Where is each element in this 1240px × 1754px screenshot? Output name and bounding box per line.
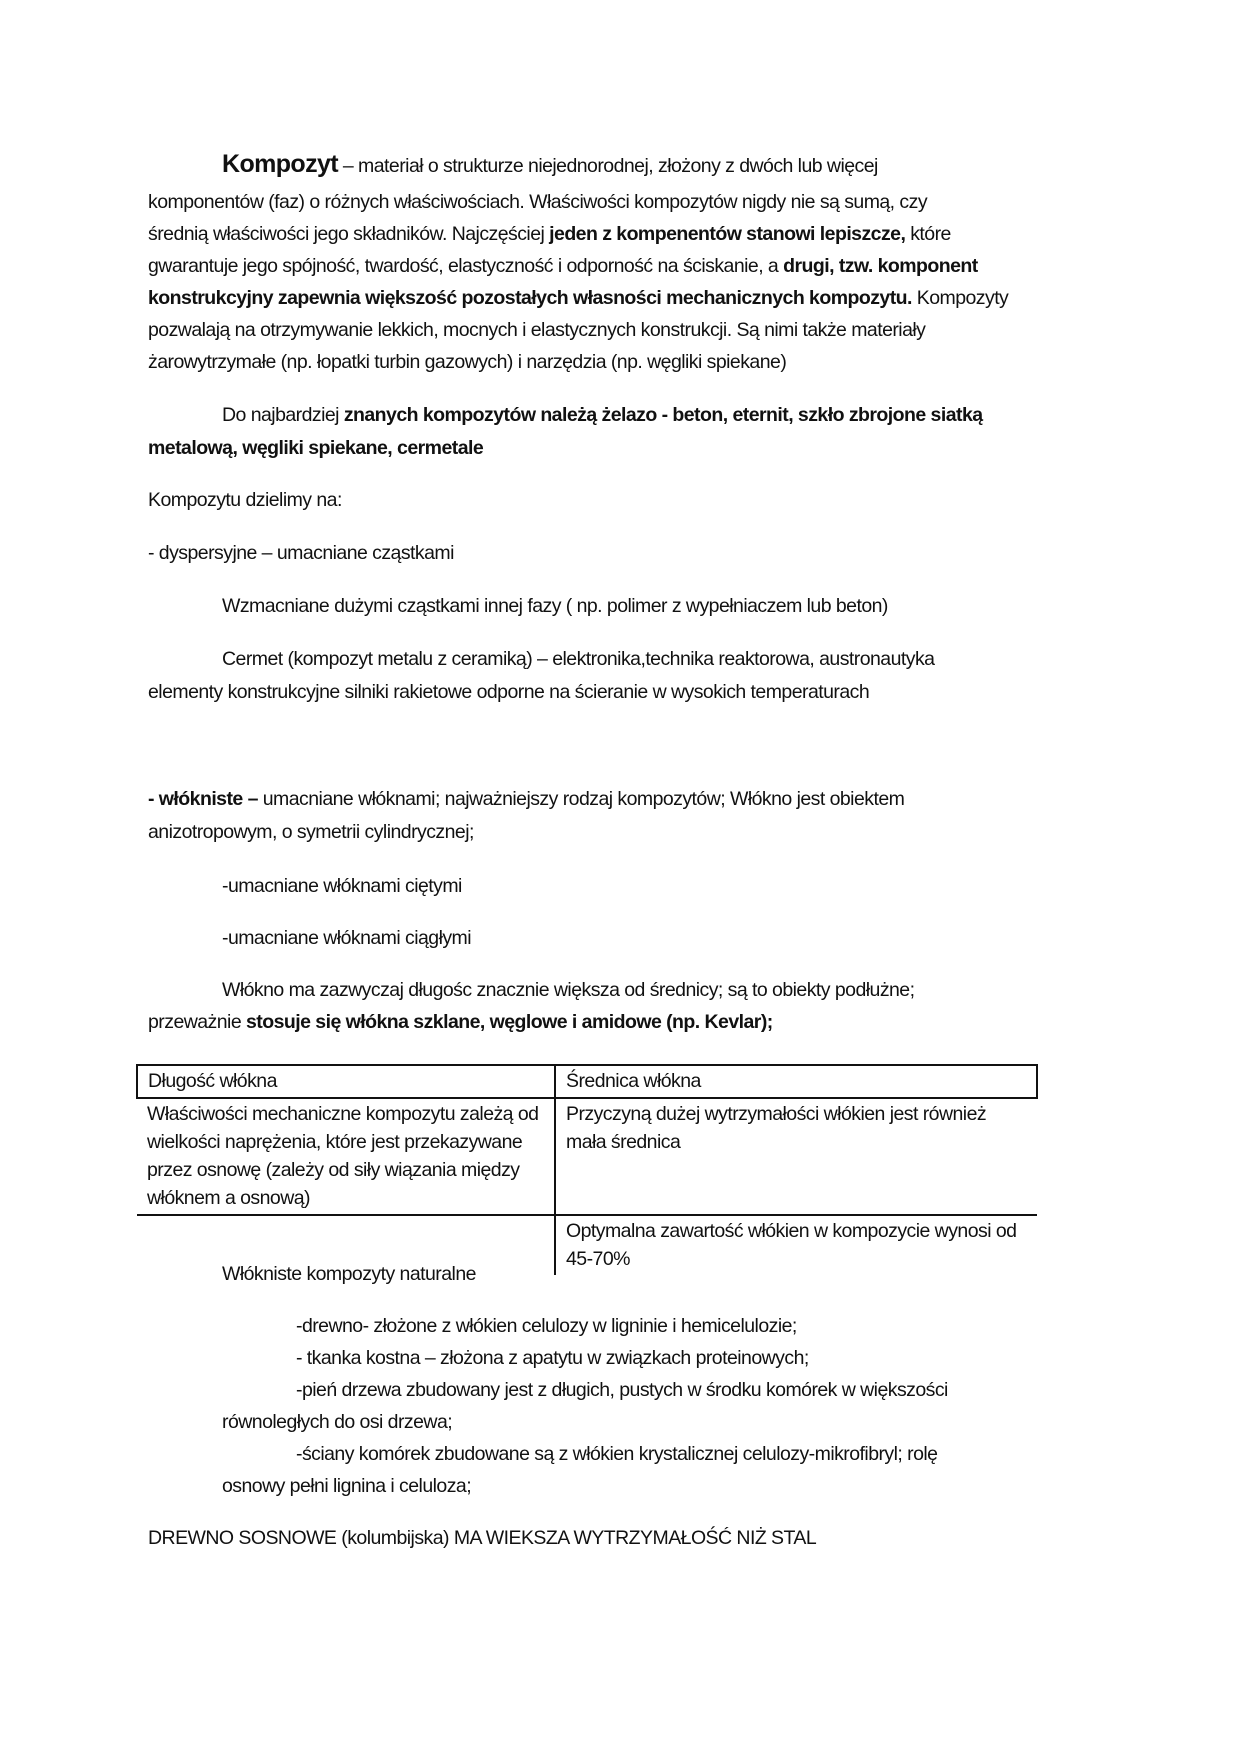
table-header-row: Długość włókna Średnica włókna [137, 1065, 1037, 1098]
natural-item-2: - tkanka kostna – złożona z apatytu w zw… [296, 1346, 809, 1370]
dispersive-p1: Wzmacniane dużymi cząstkami innej fazy (… [222, 594, 888, 618]
intro-line-7: żarowytrzymałe (np. łopatki turbin gazow… [148, 350, 786, 374]
table-cell: Właściwości mechaniczne kompozytu zależą… [137, 1098, 555, 1215]
intro-line-5: konstrukcyjny zapewnia większość pozosta… [148, 286, 1008, 310]
natural-item-3b: równoległych do osi drzewa; [222, 1410, 452, 1434]
dispersive-p2b: elementy konstrukcyjne silniki rakietowe… [148, 680, 869, 704]
table-cell: Przyczyną dużej wytrzymałości włókien je… [555, 1098, 1037, 1215]
fibrous-p1: Włókno ma zazwyczaj długośc znacznie wię… [222, 978, 914, 1002]
intro-line-4: gwarantuje jego spójność, twardość, elas… [148, 254, 978, 278]
known-line-2: metalową, węgliki spiekane, cermetale [148, 436, 483, 460]
fibrous-sub-1: -umacniane włóknami ciętymi [222, 874, 462, 898]
dispersive-heading: - dyspersyjne – umacniane cząstkami [148, 541, 454, 565]
term-heading: Kompozyt [222, 150, 338, 178]
table-row: Właściwości mechaniczne kompozytu zależą… [137, 1098, 1037, 1215]
document-page: Kompozyt – materiał o strukturze niejedn… [0, 0, 1240, 1754]
intro-line-1: Kompozyt – materiał o strukturze niejedn… [222, 152, 878, 178]
natural-heading: Włókniste kompozyty naturalne [222, 1262, 476, 1286]
table-header-length: Długość włókna [137, 1065, 555, 1098]
natural-item-4a: -ściany komórek zbudowane są z włókien k… [296, 1442, 937, 1466]
intro-line-6: pozwalają na otrzymywanie lekkich, mocny… [148, 318, 925, 342]
intro-line-3: średnią właściwości jego składników. Naj… [148, 222, 951, 246]
fibrous-heading: - włókniste – umacniane włóknami; najważ… [148, 787, 904, 811]
fibrous-p2: przeważnie stosuje się włókna szklane, w… [148, 1010, 773, 1034]
table-header-diameter: Średnica włókna [555, 1065, 1037, 1098]
natural-item-3a: -pień drzewa zbudowany jest z długich, p… [296, 1378, 948, 1402]
known-line-1: Do najbardziej znanych kompozytów należą… [222, 403, 983, 427]
footer-note: DREWNO SOSNOWE (kolumbijska) MA WIEKSZA … [148, 1526, 816, 1550]
natural-item-1: -drewno- złożone z włókien celulozy w li… [296, 1314, 797, 1338]
divide-label: Kompozytu dzielimy na: [148, 488, 342, 512]
fibrous-sub-2: -umacniane włóknami ciągłymi [222, 926, 471, 950]
table-cell: Optymalna zawartość włókien w kompozycie… [555, 1215, 1037, 1275]
fibrous-heading-l2: anizotropowym, o symetrii cylindrycznej; [148, 820, 474, 844]
natural-item-4b: osnowy pełni lignina i celuloza; [222, 1474, 471, 1498]
intro-line-2: komponentów (faz) o różnych właściwościa… [148, 190, 927, 214]
dispersive-p2a: Cermet (kompozyt metalu z ceramiką) – el… [222, 647, 934, 671]
fiber-table: Długość włókna Średnica włókna Właściwoś… [136, 1064, 1038, 1275]
